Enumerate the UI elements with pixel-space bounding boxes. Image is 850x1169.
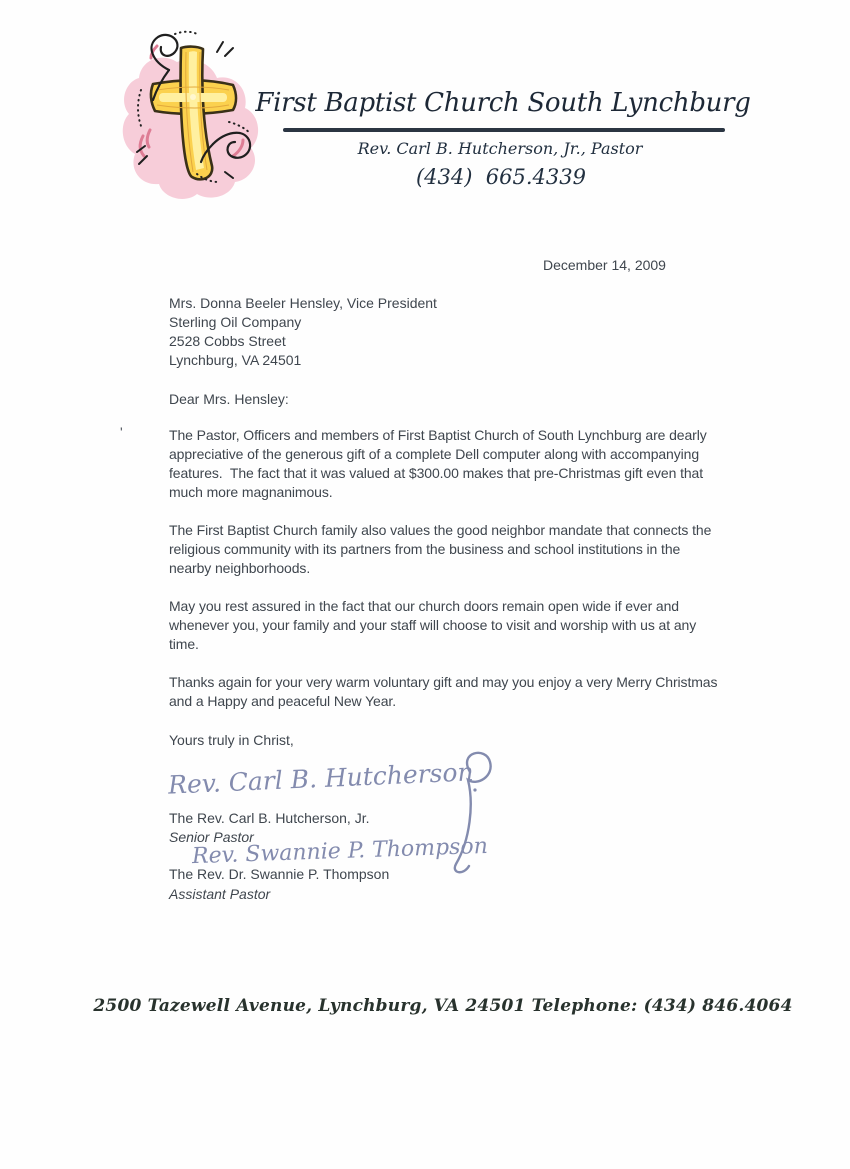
letter-body: The Pastor, Officers and members of Firs… <box>169 426 809 730</box>
recipient-city: Lynchburg, VA 24501 <box>169 351 437 370</box>
letter-page: First Baptist Church South Lynchburg Rev… <box>0 0 850 1169</box>
recipient-name: Mrs. Donna Beeler Hensley, Vice Presiden… <box>169 294 437 313</box>
church-name-heading: First Baptist Church South Lynchburg <box>255 90 750 116</box>
recipient-street: 2528 Cobbs Street <box>169 332 437 351</box>
footer-address: 2500 Tazewell Avenue, Lynchburg, VA 2450… <box>93 998 792 1015</box>
header-divider <box>283 128 725 132</box>
paragraph-4: Thanks again for your very warm voluntar… <box>169 673 809 711</box>
paragraph-3: May you rest assured in the fact that ou… <box>169 597 809 654</box>
recipient-company: Sterling Oil Company <box>169 313 437 332</box>
church-phone: (434) 665.4339 <box>416 167 586 188</box>
signer-2-title: Assistant Pastor <box>169 886 270 902</box>
pastor-line: Rev. Carl B. Hutcherson, Jr., Pastor <box>358 141 643 157</box>
closing-valediction: Yours truly in Christ, <box>169 732 294 748</box>
letter-date: December 14, 2009 <box>543 257 666 273</box>
scan-artifact-mark: ' <box>120 424 123 440</box>
salutation: Dear Mrs. Hensley: <box>169 391 289 407</box>
signer-1-name: The Rev. Carl B. Hutcherson, Jr. <box>169 810 369 826</box>
recipient-address: Mrs. Donna Beeler Hensley, Vice Presiden… <box>169 294 437 370</box>
paragraph-1: The Pastor, Officers and members of Firs… <box>169 426 809 502</box>
church-cross-logo <box>113 26 275 206</box>
paragraph-2: The First Baptist Church family also val… <box>169 521 809 578</box>
signer-2-name: The Rev. Dr. Swannie P. Thompson <box>169 866 389 882</box>
